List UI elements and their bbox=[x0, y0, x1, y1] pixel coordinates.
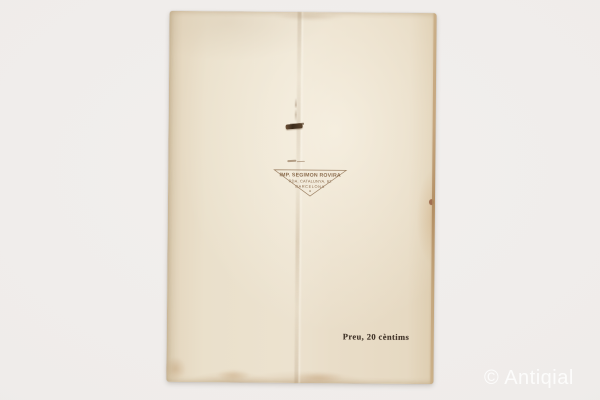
top-edge-stain bbox=[274, 12, 344, 22]
crease-marks bbox=[295, 98, 297, 122]
bottom-stain bbox=[292, 372, 344, 383]
stamp-city: BARCELONA bbox=[295, 184, 324, 189]
printer-stamp: IMP. SEGIMON ROVIRA RDA. CATALUNYA, 62 B… bbox=[269, 166, 351, 201]
bottom-left-stain bbox=[164, 357, 186, 381]
stamp-dot bbox=[309, 190, 310, 191]
booklet-back-cover: IMP. SEGIMON ROVIRA RDA. CATALUNYA, 62 B… bbox=[166, 11, 436, 384]
price-text: Preu, 20 cèntims bbox=[343, 331, 410, 342]
bottom-stain bbox=[216, 369, 250, 381]
photo-watermark: © Antiqial bbox=[484, 367, 574, 390]
photo-background: IMP. SEGIMON ROVIRA RDA. CATALUNYA, 62 B… bbox=[0, 0, 600, 400]
small-ink-mark bbox=[287, 160, 296, 162]
page-block-edge bbox=[430, 13, 436, 384]
